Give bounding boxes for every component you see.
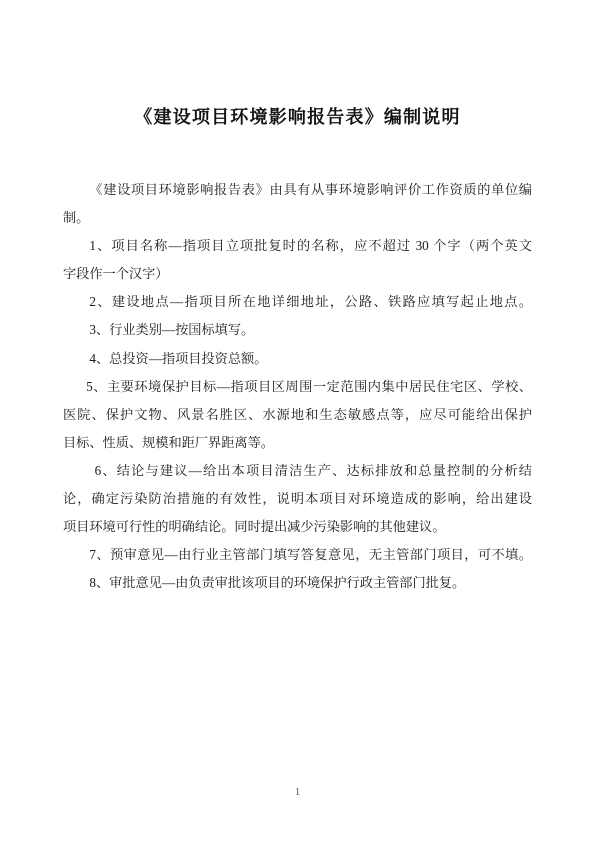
document-page: 《建设项目环境影响报告表》编制说明 《建设项目环境影响报告表》由具有从事环境影响… [0,0,595,842]
text-line: 1、项目名称—指项目立项批复时的名称，应不超过 30 个字（两个英文 [63,232,532,260]
document-title: 《建设项目环境影响报告表》编制说明 [0,0,595,130]
text-line: 《建设项目环境影响报告表》由具有从事环境影响评价工作资质的单位编 [63,176,532,204]
text-line: 医院、保护文物、风景名胜区、水源地和生态敏感点等，应尽可能给出保护 [63,401,532,429]
text-line: 制。 [63,204,532,232]
text-line: 2、建设地点—指项目所在地详细地址，公路、铁路应填写起止地点。 [63,288,532,316]
text-line: 8、审批意见—由负责审批该项目的环境保护行政主管部门批复。 [63,569,532,597]
text-line: 字段作一个汉字） [63,260,532,288]
page-number: 1 [0,786,595,798]
text-line: 目标、性质、规模和距厂界距离等。 [63,429,532,457]
text-line: 6、结论与建议—给出本项目清洁生产、达标排放和总量控制的分析结 [63,457,532,485]
text-line: 4、总投资—指项目投资总额。 [63,345,532,373]
text-line: 项目环境可行性的明确结论。同时提出减少污染影响的其他建议。 [63,513,532,541]
text-line: 论，确定污染防治措施的有效性，说明本项目对环境造成的影响，给出建设 [63,485,532,513]
document-body: 《建设项目环境影响报告表》由具有从事环境影响评价工作资质的单位编 制。 1、项目… [63,176,532,597]
text-line: 3、行业类别—按国标填写。 [63,316,532,344]
text-line: 5、主要环境保护目标—指项目区周围一定范围内集中居民住宅区、学校、 [63,373,532,401]
text-line: 7、预审意见—由行业主管部门填写答复意见，无主管部门项目，可不填。 [63,541,532,569]
